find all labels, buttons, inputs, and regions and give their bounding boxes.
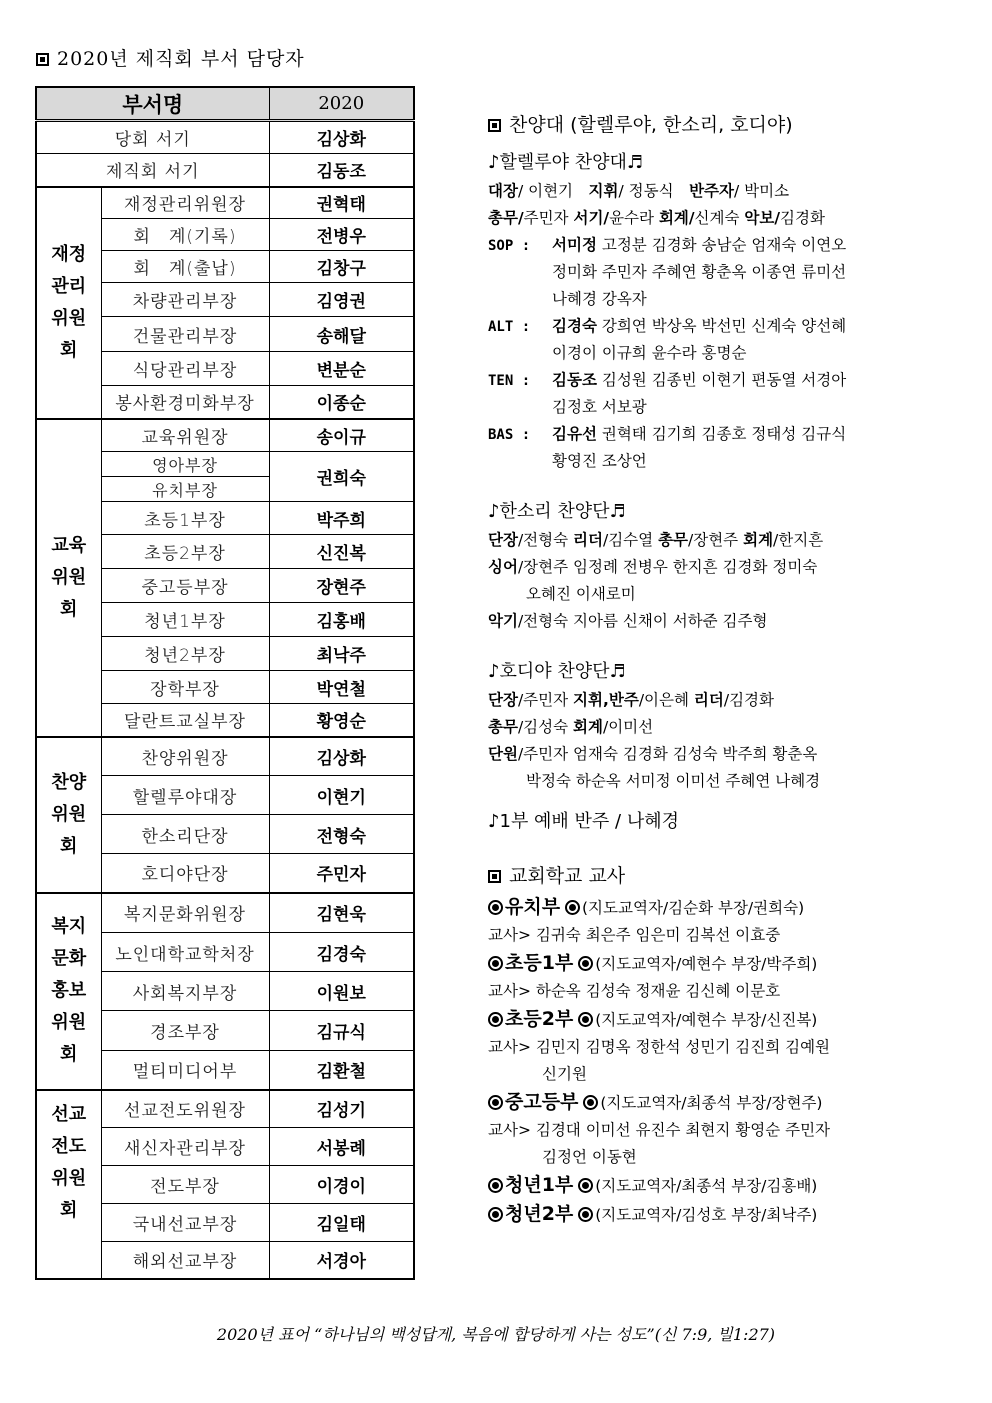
school-dept-elem1: 초등1부 (지도교역자/예현수 부장/박주희) [488, 949, 938, 978]
group-label-line: 선교 [37, 1099, 101, 1131]
hodiya-officers-2: 총무/김성숙 회계/이미선 [488, 714, 938, 741]
dept-name: 청년2부 [505, 1203, 573, 1225]
role-value: / 정동식 [618, 182, 689, 200]
role-cell: 경조부장 [101, 1011, 269, 1051]
name-cell: 김창구 [269, 251, 414, 283]
role-value: 신계숙 [695, 209, 745, 227]
role-cell: 국내선교부장 [101, 1204, 269, 1242]
name-cell: 김환철 [269, 1051, 414, 1090]
header-dept: 부서명 [36, 87, 269, 121]
square-bullet-icon [488, 119, 501, 132]
role-label: 리더 [694, 691, 724, 709]
name-cell: 이종순 [269, 386, 414, 419]
role-label: 총무/ [488, 209, 524, 227]
dept-name: 중고등부 [505, 1091, 578, 1113]
role-cell: 식당관리부장 [101, 352, 269, 386]
role-cell: 청년1부장 [101, 603, 269, 637]
dept-info: (지도교역자/예현수 부장/박주희) [595, 955, 817, 973]
school-dept-kinder: 유치부 (지도교역자/김순화 부장/권희숙) [488, 893, 938, 922]
name-cell: 권희숙 [269, 452, 414, 502]
school-dept-youth: 중고등부 (지도교역자/최종석 부장/장현주) [488, 1088, 938, 1117]
table-row: 재정 관리 위원 회 재정관리위원장 권혁태 [36, 187, 414, 219]
name-cell: 전병우 [269, 219, 414, 251]
hansori-singers: 싱어/장현주 임정례 전병우 한지흔 김경화 정미숙 [488, 554, 938, 581]
teacher-list: 교사> 하순옥 김성숙 정재윤 김신혜 이문호 [488, 978, 938, 1005]
role-label: 단장 [488, 531, 518, 549]
role-cell: 할렐루야대장 [101, 776, 269, 815]
role-label: 회계 [743, 531, 773, 549]
part-ten: TEN :김동조 김성원 김종빈 이현기 편동열 서경아 [488, 367, 938, 394]
role-value: /주민자 엄재숙 김경화 김성숙 박주희 황춘옥 [518, 745, 817, 763]
hodiya-members: 단원/주민자 엄재숙 김경화 김성숙 박주희 황춘옥 [488, 741, 938, 768]
group-label-line: 문화 [37, 943, 101, 975]
name-cell: 이원보 [269, 972, 414, 1011]
part-members: 이경이 이규희 윤수라 홍명순 [488, 340, 938, 367]
role-cell: 사회복지부장 [101, 972, 269, 1011]
square-bullet-icon [488, 870, 501, 883]
role-cell: 제직회 서기 [36, 154, 269, 187]
role-label: 서기/ [573, 209, 609, 227]
role-cell: 건물관리부장 [101, 317, 269, 352]
group-label-line: 회 [37, 1039, 101, 1071]
hallelujah-title: ♪할렐루야 찬양대♬ [488, 148, 938, 178]
teacher-list-cont: 김정언 이동현 [488, 1144, 938, 1171]
role-value: /김경화 [724, 691, 774, 709]
name-cell: 김상화 [269, 121, 414, 154]
teacher-list: 교사> 김귀숙 최은주 임은미 김복선 이효중 [488, 922, 938, 949]
choir-section-title-text: 찬양대 (할렐루야, 한소리, 호디야) [509, 114, 793, 136]
role-label: 회계 [573, 718, 603, 736]
hansori-instruments: 악기/전형숙 지아름 신채이 서하준 김주형 [488, 608, 938, 635]
role-label: 단원 [488, 745, 518, 763]
name-cell: 송해달 [269, 317, 414, 352]
name-cell: 김영권 [269, 283, 414, 317]
table-row: 선교 전도 위원 회 선교전도위원장 김성기 [36, 1090, 414, 1128]
hallelujah-officers-2: 총무/주민자 서기/윤수라 회계/신계숙 악보/김경화 [488, 205, 938, 232]
part-leader: 서미정 [552, 236, 597, 254]
radio-bullet-icon [488, 956, 503, 971]
radio-bullet-icon [488, 900, 503, 915]
role-value: 윤수라 [609, 209, 659, 227]
role-cell: 유치부장 [101, 477, 269, 502]
dept-info: (지도교역자/최종석 부장/장현주) [600, 1094, 822, 1112]
role-cell: 새신자관리부장 [101, 1128, 269, 1166]
role-cell: 청년2부장 [101, 637, 269, 671]
part-members: 김정호 서보광 [488, 394, 938, 421]
part-members: 나혜경 강옥자 [488, 286, 938, 313]
school-dept-young2: 청년2부 (지도교역자/김성호 부장/최낙주) [488, 1200, 938, 1229]
table-row: 교육 위원 회 교육위원장 송이규 [36, 419, 414, 452]
role-value: /장현주 임정례 전병우 한지흔 김경화 정미숙 [518, 558, 817, 576]
role-label: 대장 [488, 182, 518, 200]
spacer [488, 635, 938, 657]
role-cell: 초등2부장 [101, 535, 269, 569]
radio-bullet-icon [488, 1178, 503, 1193]
role-cell: 차량관리부장 [101, 283, 269, 317]
role-label: 총무 [488, 718, 518, 736]
role-cell: 전도부장 [101, 1166, 269, 1204]
group-label-line: 회 [37, 831, 101, 863]
name-cell: 김성기 [269, 1090, 414, 1128]
dept-name: 초등2부 [505, 1008, 573, 1030]
name-cell: 김현욱 [269, 893, 414, 933]
name-cell: 황영순 [269, 704, 414, 737]
role-cell: 달란트교실부장 [101, 704, 269, 737]
role-cell: 영아부장 [101, 452, 269, 477]
group-label-line: 관리 [37, 271, 101, 303]
hansori-singers-cont: 오혜진 이새로미 [488, 581, 938, 608]
role-cell: 장학부장 [101, 671, 269, 704]
table-header-row: 부서명 2020 [36, 87, 414, 121]
role-cell: 중고등부장 [101, 569, 269, 603]
name-cell: 김상화 [269, 737, 414, 776]
role-value: /전형숙 지아름 신채이 서하준 김주형 [518, 612, 768, 630]
page-title: 2020년 제직회 부서 담당자 [36, 44, 305, 71]
dept-info: (지도교역자/김성호 부장/최낙주) [595, 1206, 817, 1224]
hodiya-members-cont: 박정숙 하순옥 서미정 이미선 주혜연 나혜경 [488, 768, 938, 795]
group-label-education: 교육 위원 회 [36, 419, 101, 737]
role-cell: 봉사환경미화부장 [101, 386, 269, 419]
name-cell: 김홍배 [269, 603, 414, 637]
school-dept-elem2: 초등2부 (지도교역자/예현수 부장/신진복) [488, 1005, 938, 1034]
radio-bullet-icon [583, 1095, 598, 1110]
role-cell: 한소리단장 [101, 815, 269, 854]
part-members: 강희연 박상옥 박선민 신계숙 양선혜 [602, 317, 846, 335]
group-label-welfare: 복지 문화 홍보 위원 회 [36, 893, 101, 1090]
role-cell: 초등1부장 [101, 502, 269, 535]
dept-info: (지도교역자/김순화 부장/권희숙) [582, 899, 804, 917]
name-cell: 최낙주 [269, 637, 414, 671]
part-members: 황영진 조상언 [488, 448, 938, 475]
role-label: 지휘 [589, 182, 619, 200]
part-label: BAS : [488, 422, 552, 449]
group-label-line: 회 [37, 335, 101, 367]
name-cell: 김일태 [269, 1204, 414, 1242]
name-cell: 서봉례 [269, 1128, 414, 1166]
dept-name: 청년1부 [505, 1174, 573, 1196]
radio-bullet-icon [578, 956, 593, 971]
part-sop: SOP :서미정 고정분 김경화 송남순 엄재숙 이연오 [488, 232, 938, 259]
group-label-line: 복지 [37, 911, 101, 943]
hodiya-title: ♪호디야 찬양단♬ [488, 657, 938, 687]
name-cell: 김규식 [269, 1011, 414, 1051]
role-label: 악기 [488, 612, 518, 630]
role-cell: 선교전도위원장 [101, 1090, 269, 1128]
part-label: TEN : [488, 368, 552, 395]
role-cell: 노인대학교학처장 [101, 933, 269, 972]
part-label: ALT : [488, 314, 552, 341]
role-cell: 멀티미디어부 [101, 1051, 269, 1090]
group-label-mission: 선교 전도 위원 회 [36, 1090, 101, 1279]
part-leader: 김동조 [552, 371, 597, 389]
spacer [488, 795, 938, 807]
role-cell: 회 계(출납) [101, 251, 269, 283]
radio-bullet-icon [578, 1012, 593, 1027]
school-section-title: 교회학교 교사 [488, 861, 938, 891]
name-cell: 박주희 [269, 502, 414, 535]
role-label: 싱어 [488, 558, 518, 576]
role-label: 회계/ [659, 209, 695, 227]
table-row: 제직회 서기 김동조 [36, 154, 414, 187]
radio-bullet-icon [578, 1207, 593, 1222]
role-value: /주민자 [518, 691, 573, 709]
yearly-motto: 2020년 표어 “하나님의 백성답게, 복음에 합당하게 사는 성도”(신 7… [0, 1322, 992, 1345]
role-label: 총무 [658, 531, 688, 549]
group-label-line: 회 [37, 1195, 101, 1227]
spacer [488, 837, 938, 861]
hansori-officers: 단장/전형숙 리더/김수열 총무/장현주 회계/한지흔 [488, 527, 938, 554]
part-members: 고정분 김경화 송남순 엄재숙 이연오 [602, 236, 846, 254]
role-value: 김경화 [780, 209, 825, 227]
role-label: 악보/ [744, 209, 780, 227]
role-value: /한지흔 [773, 531, 823, 549]
dept-name: 유치부 [505, 896, 560, 918]
school-dept-young1: 청년1부 (지도교역자/최종석 부장/김홍배) [488, 1171, 938, 1200]
hallelujah-officers-1: 대장/ 이현기 지휘/ 정동식 반주자/ 박미소 [488, 178, 938, 205]
role-cell: 호디야단장 [101, 854, 269, 893]
role-label: 단장 [488, 691, 518, 709]
part-bas: BAS :김유선 권혁태 김기희 김종호 정태성 김규식 [488, 421, 938, 448]
radio-bullet-icon [578, 1178, 593, 1193]
group-label-worship: 찬양 위원 회 [36, 737, 101, 893]
teacher-list: 교사> 김민지 김명옥 정한석 성민기 김진희 김예원 [488, 1034, 938, 1061]
group-label-line: 위원 [37, 303, 101, 335]
square-bullet-icon [36, 53, 49, 66]
department-table: 부서명 2020 당회 서기 김상화 제직회 서기 김동조 재정 관리 위원 회… [35, 86, 415, 1280]
name-cell: 이현기 [269, 776, 414, 815]
teacher-list-cont: 신기원 [488, 1061, 938, 1088]
name-cell: 신진복 [269, 535, 414, 569]
role-cell: 교육위원장 [101, 419, 269, 452]
role-value: /김수열 [603, 531, 658, 549]
accompanist: ♪1부 예배 반주 / 나혜경 [488, 807, 938, 837]
name-cell: 주민자 [269, 854, 414, 893]
name-cell: 김경숙 [269, 933, 414, 972]
radio-bullet-icon [488, 1095, 503, 1110]
dept-info: (지도교역자/최종석 부장/김홍배) [595, 1177, 817, 1195]
role-value: / 이현기 [518, 182, 589, 200]
part-members: 정미화 주민자 주혜연 황춘옥 이종연 류미선 [488, 259, 938, 286]
role-value: /이은혜 [639, 691, 694, 709]
name-cell: 권혁태 [269, 187, 414, 219]
part-alt: ALT :김경숙 강희연 박상옥 박선민 신계숙 양선혜 [488, 313, 938, 340]
role-cell: 복지문화위원장 [101, 893, 269, 933]
role-label: 리더 [573, 531, 603, 549]
role-cell: 재정관리위원장 [101, 187, 269, 219]
role-label: 지휘,반주 [573, 691, 639, 709]
group-label-line: 찬양 [37, 767, 101, 799]
table-row: 복지 문화 홍보 위원 회 복지문화위원장 김현욱 [36, 893, 414, 933]
role-value: /전형숙 [518, 531, 573, 549]
group-label-line: 위원 [37, 1007, 101, 1039]
group-label-line: 교육 [37, 530, 101, 562]
role-value: / 박미소 [734, 182, 789, 200]
radio-bullet-icon [488, 1012, 503, 1027]
part-label: SOP : [488, 233, 552, 260]
role-value: 주민자 [524, 209, 574, 227]
page-title-text: 2020년 제직회 부서 담당자 [57, 48, 305, 70]
hansori-title: ♪한소리 찬양단♬ [488, 497, 938, 527]
group-label-line: 재정 [37, 239, 101, 271]
name-cell: 이경이 [269, 1166, 414, 1204]
name-cell: 김동조 [269, 154, 414, 187]
part-leader: 김유선 [552, 425, 597, 443]
spacer [488, 475, 938, 497]
role-value: /김성숙 [518, 718, 573, 736]
choir-section-title: 찬양대 (할렐루야, 한소리, 호디야) [488, 110, 938, 140]
dept-info: (지도교역자/예현수 부장/신진복) [595, 1011, 817, 1029]
radio-bullet-icon [488, 1207, 503, 1222]
group-label-line: 전도 [37, 1131, 101, 1163]
table-row: 당회 서기 김상화 [36, 121, 414, 154]
role-label: 반주자 [689, 182, 734, 200]
role-cell: 찬양위원장 [101, 737, 269, 776]
part-leader: 김경숙 [552, 317, 597, 335]
school-section-title-text: 교회학교 교사 [509, 865, 625, 887]
name-cell: 변분순 [269, 352, 414, 386]
group-label-line: 홍보 [37, 975, 101, 1007]
part-members: 김성원 김종빈 이현기 편동열 서경아 [602, 371, 846, 389]
role-value: /이미선 [603, 718, 653, 736]
name-cell: 장현주 [269, 569, 414, 603]
table-row: 찬양 위원 회 찬양위원장 김상화 [36, 737, 414, 776]
right-column: 찬양대 (할렐루야, 한소리, 호디야) ♪할렐루야 찬양대♬ 대장/ 이현기 … [488, 110, 938, 1229]
name-cell: 서경아 [269, 1242, 414, 1279]
name-cell: 전형숙 [269, 815, 414, 854]
role-cell: 당회 서기 [36, 121, 269, 154]
role-value: /장현주 [688, 531, 743, 549]
part-members: 권혁태 김기희 김종호 정태성 김규식 [602, 425, 846, 443]
group-label-line: 위원 [37, 799, 101, 831]
group-label-line: 회 [37, 594, 101, 626]
group-label-finance: 재정 관리 위원 회 [36, 187, 101, 419]
header-year: 2020 [269, 87, 414, 121]
dept-name: 초등1부 [505, 952, 573, 974]
radio-bullet-icon [565, 900, 580, 915]
group-label-line: 위원 [37, 1163, 101, 1195]
name-cell: 송이규 [269, 419, 414, 452]
group-label-line: 위원 [37, 562, 101, 594]
hodiya-officers-1: 단장/주민자 지휘,반주/이은혜 리더/김경화 [488, 687, 938, 714]
teacher-list: 교사> 김경대 이미선 유진수 최현지 황영순 주민자 [488, 1117, 938, 1144]
role-cell: 해외선교부장 [101, 1242, 269, 1279]
name-cell: 박연철 [269, 671, 414, 704]
role-cell: 회 계(기록) [101, 219, 269, 251]
